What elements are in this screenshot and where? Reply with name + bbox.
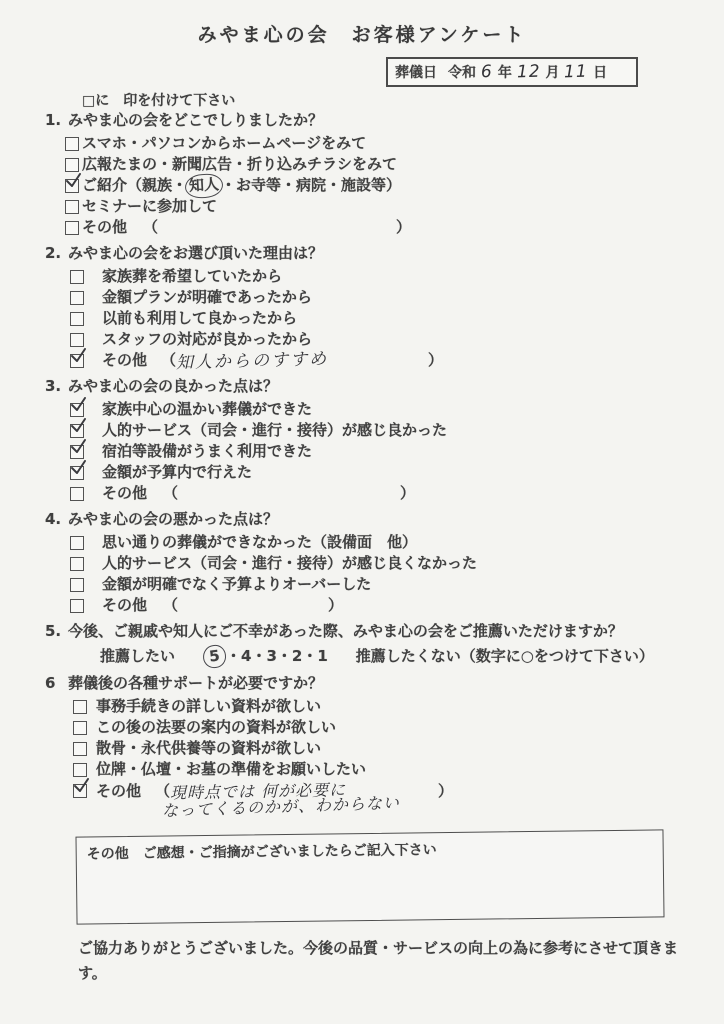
scale-left-label: 推薦したい	[100, 645, 175, 667]
day-value-handwritten: 11	[564, 65, 588, 80]
question-2: 2. みやま心の会をお選び頂いた理由は？ 家族葬を希望していたから 金額プランが…	[0, 243, 724, 371]
question-1: 1. みやま心の会をどこでしりましたか？ スマホ・パソコンからホームページをみて…	[0, 110, 724, 238]
checkbox	[70, 487, 84, 501]
scale-right-label: 推薦したくない（数字に○をつけて下さい）	[356, 645, 654, 667]
option-label: その他（知人からのすすめ）	[102, 350, 443, 371]
q1-option-newspaper: 広報たまの・新聞広告・折り込みチラシをみて	[0, 154, 724, 175]
q2-option-used-before: 以前も利用して良かったから	[0, 308, 724, 329]
comments-box-label: その他 ご感想・ご指摘がございましたらご記入下さい	[87, 842, 437, 862]
year-unit: 年	[498, 62, 512, 82]
q3-option-budget: 金額が予算内で行えた	[0, 462, 724, 483]
option-label: 家族葬を希望していたから	[102, 266, 282, 287]
question-number: 2.	[45, 243, 68, 264]
option-label: 以前も利用して良かったから	[102, 308, 297, 329]
question-number: 4.	[45, 509, 68, 530]
question-6: 6 葬儀後の各種サポートが必要ですか？ 事務手続きの詳しい資料が欲しい この後の…	[0, 673, 724, 820]
q3-option-service: 人的サービス（司会・進行・接待）が感じ良かった	[0, 420, 724, 441]
option-label: 思い通りの葬儀ができなかった（設備面 他）	[102, 532, 417, 553]
checkbox	[73, 742, 87, 756]
checkbox	[73, 721, 87, 735]
q1-option-homepage: スマホ・パソコンからホームページをみて	[0, 133, 724, 154]
q6-option-memorial-services: この後の法要の案内の資料が欲しい	[0, 717, 724, 738]
q1-option-other: その他（）	[0, 217, 724, 238]
question-text: 葬儀後の各種サポートが必要ですか？	[68, 673, 323, 694]
checkbox	[70, 312, 84, 326]
q6-option-altar-grave: 位牌・仏壇・お墓の準備をお願いしたい	[0, 759, 724, 780]
option-label: 金額が予算内で行えた	[102, 462, 252, 483]
q4-option-over-budget: 金額が明確でなく予算よりオーバーした	[0, 574, 724, 595]
handwritten-answer: 知人からのすすめ	[176, 347, 428, 375]
q3-option-warm-funeral: 家族中心の温かい葬儀ができた	[0, 399, 724, 420]
checkbox-checked	[70, 466, 84, 480]
checkbox	[65, 221, 79, 235]
checkbox-checked	[65, 179, 79, 193]
circled-rating-5: 5	[202, 643, 228, 669]
q2-option-other: その他（知人からのすすめ）	[0, 350, 724, 371]
question-2-heading: 2. みやま心の会をお選び頂いた理由は？	[0, 243, 724, 264]
option-label: 宿泊等設備がうまく利用できた	[102, 441, 312, 462]
option-label: スマホ・パソコンからホームページをみて	[82, 133, 366, 154]
question-number: 5.	[45, 621, 68, 642]
checkbox	[70, 270, 84, 284]
day-unit: 日	[593, 62, 607, 82]
checkbox	[65, 158, 79, 172]
checkbox-instruction: □に 印を付けて下さい	[82, 90, 235, 110]
question-3-heading: 3. みやま心の会の良かった点は？	[0, 376, 724, 397]
form-title: みやま心の会 お客様アンケート	[0, 20, 724, 47]
option-label: 家族中心の温かい葬儀ができた	[102, 399, 312, 420]
q6-option-paperwork: 事務手続きの詳しい資料が欲しい	[0, 696, 724, 717]
option-label: ご紹介（親族・知人・お寺等・病院・施設等）	[82, 174, 401, 198]
q4-option-other: その他（）	[0, 595, 724, 616]
date-label: 葬儀日	[395, 62, 437, 82]
circle-annotation-acquaintance: 知人	[184, 173, 223, 199]
checkbox	[65, 200, 79, 214]
q4-option-service-bad: 人的サービス（司会・進行・接待）が感じ良くなかった	[0, 553, 724, 574]
question-5: 5. 今後、ご親戚や知人にご不幸があった際、みやま心の会をご推薦いただけますか？…	[0, 621, 724, 668]
funeral-date-box: 葬儀日 令和 6 年 12 月 11 日	[386, 57, 638, 87]
q6-option-ash-scattering: 散骨・永代供養等の資料が欲しい	[0, 738, 724, 759]
checkbox	[73, 763, 87, 777]
option-label: 位牌・仏壇・お墓の準備をお願いしたい	[96, 759, 366, 780]
question-4-heading: 4. みやま心の会の悪かった点は？	[0, 509, 724, 530]
question-text: みやま心の会の良かった点は？	[68, 376, 278, 397]
question-number: 3.	[45, 376, 68, 397]
option-label: この後の法要の案内の資料が欲しい	[96, 717, 336, 738]
option-label: 人的サービス（司会・進行・接待）が感じ良くなかった	[102, 553, 477, 574]
question-text: みやま心の会の悪かった点は？	[68, 509, 278, 530]
question-text: 今後、ご親戚や知人にご不幸があった際、みやま心の会をご推薦いただけますか？	[68, 621, 623, 642]
q1-option-seminar: セミナーに参加して	[0, 196, 724, 217]
option-label: スタッフの対応が良かったから	[102, 329, 312, 350]
option-label: その他（）	[102, 483, 415, 504]
option-label: 金額プランが明確であったから	[102, 287, 312, 308]
checkbox-checked	[73, 784, 87, 798]
checkbox-checked	[70, 445, 84, 459]
question-number: 1.	[45, 110, 68, 131]
question-6-heading: 6 葬儀後の各種サポートが必要ですか？	[0, 673, 724, 694]
scale-values: 5・4・3・2・1	[203, 645, 328, 668]
checkbox	[70, 536, 84, 550]
question-1-heading: 1. みやま心の会をどこでしりましたか？	[0, 110, 724, 131]
option-label: 広報たまの・新聞広告・折り込みチラシをみて	[82, 154, 397, 175]
option-label: 事務手続きの詳しい資料が欲しい	[96, 696, 321, 717]
checkbox	[70, 599, 84, 613]
checkbox	[70, 557, 84, 571]
option-label: セミナーに参加して	[82, 196, 217, 217]
question-4: 4. みやま心の会の悪かった点は？ 思い通りの葬儀ができなかった（設備面 他） …	[0, 509, 724, 616]
month-unit: 月	[545, 62, 559, 82]
q3-option-facilities: 宿泊等設備がうまく利用できた	[0, 441, 724, 462]
survey-body: 1. みやま心の会をどこでしりましたか？ スマホ・パソコンからホームページをみて…	[0, 110, 724, 986]
comments-box: その他 ご感想・ご指摘がございましたらご記入下さい	[75, 829, 664, 924]
month-value-handwritten: 12	[517, 65, 541, 80]
question-text: みやま心の会をお選び頂いた理由は？	[68, 243, 323, 264]
option-label: 散骨・永代供養等の資料が欲しい	[96, 738, 321, 759]
checkbox-checked	[70, 424, 84, 438]
q3-option-other: その他（）	[0, 483, 724, 504]
closing-message: ご協力ありがとうございました。今後の品質・サービスの向上の為に参考にさせて頂きま…	[78, 936, 684, 986]
checkbox-checked	[70, 403, 84, 417]
q2-option-family-funeral: 家族葬を希望していたから	[0, 266, 724, 287]
checkbox	[70, 578, 84, 592]
question-5-heading: 5. 今後、ご親戚や知人にご不幸があった際、みやま心の会をご推薦いただけますか？	[0, 621, 724, 642]
checkbox	[65, 137, 79, 151]
checkbox	[70, 291, 84, 305]
year-value-handwritten: 6	[481, 65, 493, 79]
checkbox-checked	[70, 354, 84, 368]
question-3: 3. みやま心の会の良かった点は？ 家族中心の温かい葬儀ができた 人的サービス（…	[0, 376, 724, 504]
q1-option-referral: ご紹介（親族・知人・お寺等・病院・施設等）	[0, 175, 724, 196]
checkbox	[73, 700, 87, 714]
question-number: 6	[45, 673, 68, 694]
q4-option-not-as-hoped: 思い通りの葬儀ができなかった（設備面 他）	[0, 532, 724, 553]
option-label: その他（）	[82, 217, 411, 238]
option-label: 金額が明確でなく予算よりオーバーした	[102, 574, 371, 595]
scanned-survey-page: みやま心の会 お客様アンケート 葬儀日 令和 6 年 12 月 11 日 □に …	[0, 0, 724, 1024]
q2-option-staff: スタッフの対応が良かったから	[0, 329, 724, 350]
recommendation-scale: 推薦したい 5・4・3・2・1 推薦したくない（数字に○をつけて下さい）	[0, 644, 724, 668]
option-label: その他（）	[102, 595, 343, 616]
checkbox	[70, 333, 84, 347]
option-label: 人的サービス（司会・進行・接待）が感じ良かった	[102, 420, 447, 441]
question-text: みやま心の会をどこでしりましたか？	[68, 110, 323, 131]
q2-option-clear-pricing: 金額プランが明確であったから	[0, 287, 724, 308]
era-label: 令和	[448, 62, 476, 82]
